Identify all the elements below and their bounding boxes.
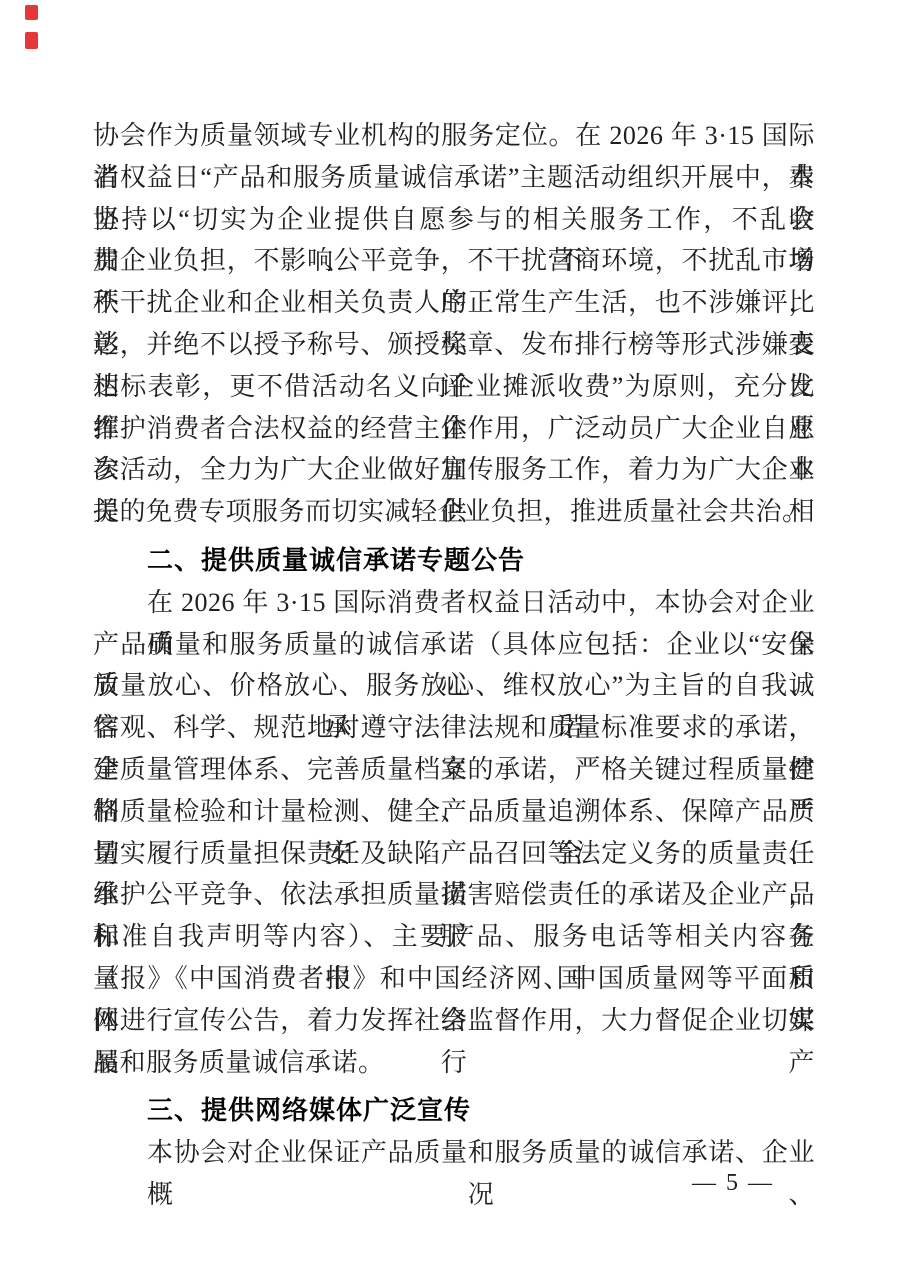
red-scan-mark [25, 5, 38, 20]
text-line: 在 2026 年 3·15 国际消费者权益日活动中，本协会对企业确保 [93, 582, 815, 624]
page-number: — 5 — [692, 1170, 774, 1197]
text-line: 体进行宣传公告，着力发挥社会监督作用，大力督促企业切实履行产 [93, 1000, 815, 1042]
text-line: 切实履行质量担保责任及缺陷产品召回等法定义务的质量责任承诺， [93, 833, 815, 875]
text-line: 坚持以“切实为企业提供自愿参与的相关服务工作，不乱收费、不增 [93, 199, 815, 241]
text-line: 格质量检验和计量检测、健全产品质量追溯体系、保障产品质量安全、 [93, 791, 815, 833]
text-line: 协会作为质量领域专业机构的服务定位。在 2026 年 3·15 国际消费 [93, 115, 815, 157]
text-line: 全质量管理体系、完善质量档案的承诺，严格关键过程质量控制、严 [93, 749, 815, 791]
text-line: 维护公平竞争、依法承担质量损害赔偿责任的承诺及企业产品和服务 [93, 874, 815, 916]
text-line: 质量放心、价格放心、服务放心、维权放心”为主旨的自我诚信承诺， [93, 665, 815, 707]
text-line: 次活动，全力为广大企业做好宣传服务工作，着力为广大企业提供相 [93, 449, 815, 491]
text-line: 产品质量和服务质量的诚信承诺（具体应包括：企业以“安全放心、 [93, 624, 815, 666]
text-line: 加企业负担，不影响公平竞争，不干扰营商环境，不扰乱市场秩序， [93, 240, 815, 282]
body-text: 协会作为质量领域专业机构的服务定位。在 2026 年 3·15 国际消费者权益日… [93, 115, 815, 1174]
text-line: 维护消费者合法权益的经营主体作用，广泛动员广大企业自愿参加本 [93, 408, 815, 450]
text-line: 标准自我声明等内容）、主要产品、服务电话等相关内容在《中国质 [93, 916, 815, 958]
text-line: 达标表彰，更不借活动名义向企业摊派收费”为原则，充分发挥企业 [93, 366, 815, 408]
text-line: 本协会对企业保证产品质量和服务质量的诚信承诺、企业概况、 [93, 1132, 815, 1174]
text-line: 客观、科学、规范地对遵守法律法规和质量标准要求的承诺，建立健 [93, 707, 815, 749]
section-heading: 三、提供网络媒体广泛宣传 [93, 1090, 815, 1132]
red-scan-mark [25, 32, 38, 49]
section-heading: 二、提供质量诚信承诺专题公告 [93, 540, 815, 582]
document-page: 协会作为质量领域专业机构的服务定位。在 2026 年 3·15 国际消费者权益日… [0, 0, 900, 1273]
text-line: 量报》《中国消费者报》和中国经济网、中国质量网等平面和网络媒 [93, 958, 815, 1000]
text-line: 者权益日“产品和服务质量诚信承诺”主题活动组织开展中，本协会 [93, 157, 815, 199]
text-line: 关的免费专项服务而切实减轻企业负担，推进质量社会共治。 [93, 491, 815, 533]
text-line: 彰，并绝不以授予称号、颁授奖章、发布排行榜等形式涉嫌变相评比 [93, 324, 815, 366]
text-line: 不干扰企业和企业相关负责人的正常生产生活，也不涉嫌评比达标表 [93, 282, 815, 324]
